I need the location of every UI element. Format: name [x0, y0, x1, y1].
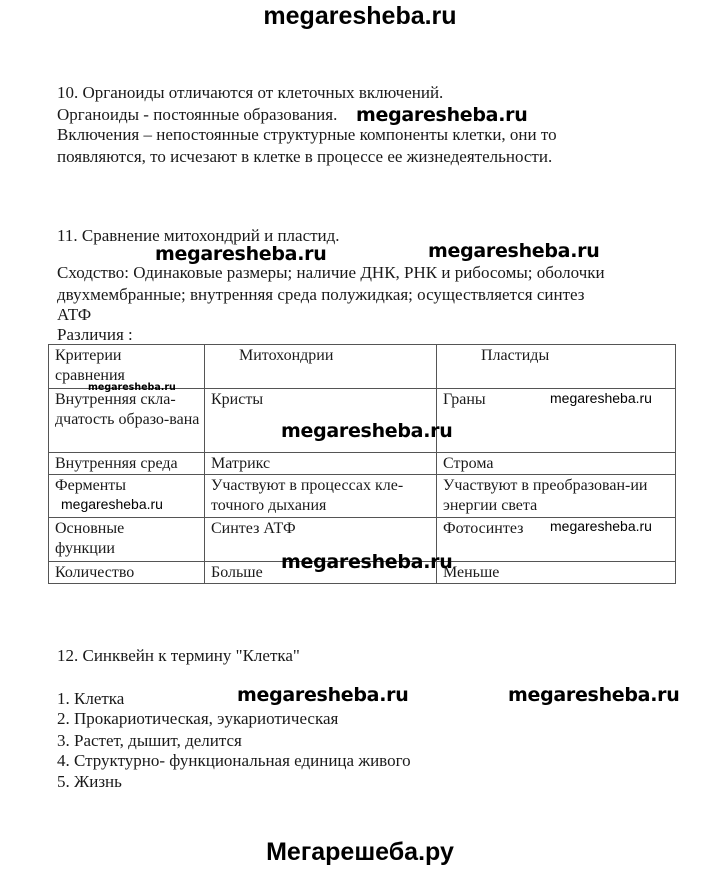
q12-item-3: 3. Растет, дышит, делится	[57, 731, 242, 751]
watermark: megaresheba.ru	[281, 551, 452, 573]
q12-item-4: 4. Структурно- функциональная единица жи…	[57, 751, 411, 771]
watermark: megaresheba.ru	[281, 420, 452, 442]
table-cell: Основные функции	[49, 518, 205, 562]
q12-item-1: 1. Клетка	[57, 689, 124, 709]
table-cell: Внутренняя скла-дчатость образо-вана	[49, 389, 205, 453]
table-cell: Меньше	[437, 562, 676, 584]
q11-similarity-line3: АТФ	[57, 305, 91, 325]
q12-title: 12. Синквейн к термину "Клетка"	[57, 646, 300, 666]
q10-line3: появляются, то исчезают в клетке в проце…	[57, 147, 552, 167]
watermark: megaresheba.ru	[88, 382, 176, 393]
q12-item-2: 2. Прокариотическая, эукариотическая	[57, 709, 338, 729]
watermark: megaresheba.ru	[356, 104, 527, 126]
watermark: megaresheba.ru	[428, 240, 599, 262]
table-cell: Участвуют в процессах кле-точного дыхани…	[205, 475, 437, 518]
header-cell: Митохондрии	[205, 345, 437, 389]
table-cell: Матрикс	[205, 453, 437, 475]
table-row: Внутренняя среда Матрикс Строма	[49, 453, 676, 475]
q10-line2: Включения – непостоянные структурные ком…	[57, 125, 557, 145]
watermark: megaresheba.ru	[237, 684, 408, 706]
table-cell: Внутренняя среда	[49, 453, 205, 475]
table-cell: Количество	[49, 562, 205, 584]
watermark: megaresheba.ru	[508, 684, 679, 706]
watermark: megaresheba.ru	[550, 518, 652, 534]
table-cell: Участвуют в преобразован-ии энергии свет…	[437, 475, 676, 518]
site-header: megaresheba.ru	[0, 2, 720, 31]
watermark: megaresheba.ru	[550, 390, 652, 406]
watermark: megaresheba.ru	[61, 496, 163, 512]
watermark: megaresheba.ru	[155, 243, 326, 265]
q12-item-5: 5. Жизнь	[57, 772, 122, 792]
table-cell: Строма	[437, 453, 676, 475]
header-cell: Пластиды	[437, 345, 676, 389]
q10-title: 10. Органоиды отличаются от клеточных вк…	[57, 83, 443, 103]
q11-similarity-line2: двухмембранные; внутренняя среда полужид…	[57, 285, 584, 305]
site-footer: Мегарешеба.ру	[0, 838, 720, 867]
comparison-table: Критерии сравнения Митохондрии Пластиды …	[48, 344, 676, 584]
q11-differences-label: Различия :	[57, 325, 133, 345]
q11-similarity-line1: Сходство: Одинаковые размеры; наличие ДН…	[57, 263, 605, 283]
q10-line1: Органоиды - постоянные образования.	[57, 105, 337, 125]
